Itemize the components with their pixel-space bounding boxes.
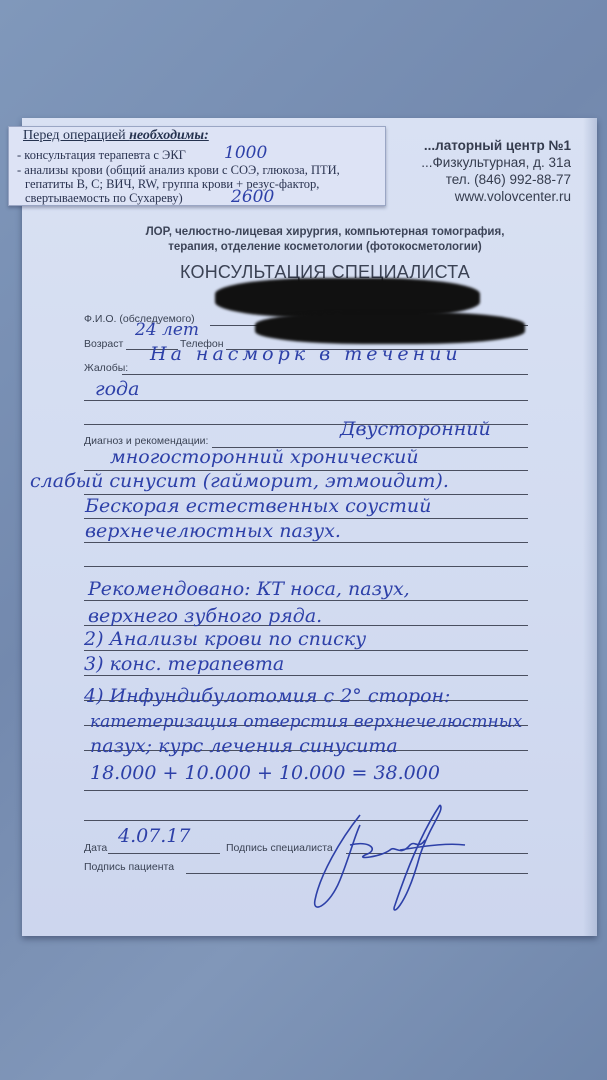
age-value: 24 лет xyxy=(135,320,199,340)
cost-calculation: 18.000 + 10.000 + 10.000 = 38.000 xyxy=(90,762,440,784)
label-complaints: Жалобы: xyxy=(84,362,128,374)
diagnosis-line: верхнечелюстных пазух. xyxy=(85,520,341,542)
note-line: свертываемость по Сухареву) xyxy=(25,191,183,206)
note-title: Перед операцией необходимы: xyxy=(23,128,209,144)
clinic-website: www.volovcenter.ru xyxy=(421,188,571,205)
rule xyxy=(84,566,528,567)
recommendation-line: Рекомендовано: КТ носа, пазух, xyxy=(88,578,410,600)
recommendation-line: верхнего зубного ряда. xyxy=(88,605,322,627)
clinic-info: ...латорный центр №1 ...Физкультурная, д… xyxy=(421,137,571,205)
diagnosis-line: Бескорая естественных соустий xyxy=(85,495,431,517)
rule xyxy=(84,518,528,519)
rule xyxy=(84,790,528,791)
diagnosis-line: слабый синусит (гайморит, этмоидит). xyxy=(30,470,449,492)
recommendation-line: 4) Инфундибулотомия с 2° сторон: xyxy=(84,685,450,707)
clinic-address: ...Физкультурная, д. 31а xyxy=(421,154,571,171)
diagnosis-line: Двусторонний xyxy=(340,418,491,440)
recommendation-line: 3) конс. терапевта xyxy=(84,653,284,675)
date-value: 4.07.17 xyxy=(118,825,191,847)
handwritten-price: 2600 xyxy=(231,187,274,207)
note-line: - консультация терапевта с ЭКГ xyxy=(17,148,186,163)
recommendation-line: 2) Анализы крови по списку xyxy=(84,628,366,650)
sheet-edge xyxy=(583,118,597,936)
note-line: - анализы крови (общий анализ крови с СО… xyxy=(17,163,340,178)
complaints-line: года xyxy=(95,378,139,400)
rule xyxy=(122,374,528,375)
note-line: гепатиты В, С; ВИЧ, RW, группа крови + р… xyxy=(25,177,319,192)
label-patient-signature: Подпись пациента xyxy=(84,861,174,873)
specialist-signature xyxy=(300,795,480,920)
rule xyxy=(84,600,528,601)
rule xyxy=(84,400,528,401)
rule xyxy=(84,650,528,651)
complaints-line: На насморк в течении xyxy=(150,343,462,365)
rule xyxy=(108,853,220,854)
pre-op-requirements-note: Перед операцией необходимы: - консультац… xyxy=(8,126,386,206)
rule xyxy=(84,675,528,676)
recommendation-line: пазух; курс лечения синусита xyxy=(90,735,398,757)
recommendation-line: катетеризация отверстия верхнечелюстных xyxy=(90,712,522,732)
specialties: ЛОР, челюстно-лицевая хирургия, компьюте… xyxy=(80,225,570,255)
label-age: Возраст xyxy=(84,338,123,350)
redaction xyxy=(255,312,525,344)
clinic-phone: тел. (846) 992-88-77 xyxy=(421,171,571,188)
diagnosis-line: многосторонний хронический xyxy=(110,446,419,468)
rule xyxy=(84,542,528,543)
clinic-name: ...латорный центр №1 xyxy=(421,137,571,154)
handwritten-price: 1000 xyxy=(224,143,267,163)
label-date: Дата xyxy=(84,842,107,854)
